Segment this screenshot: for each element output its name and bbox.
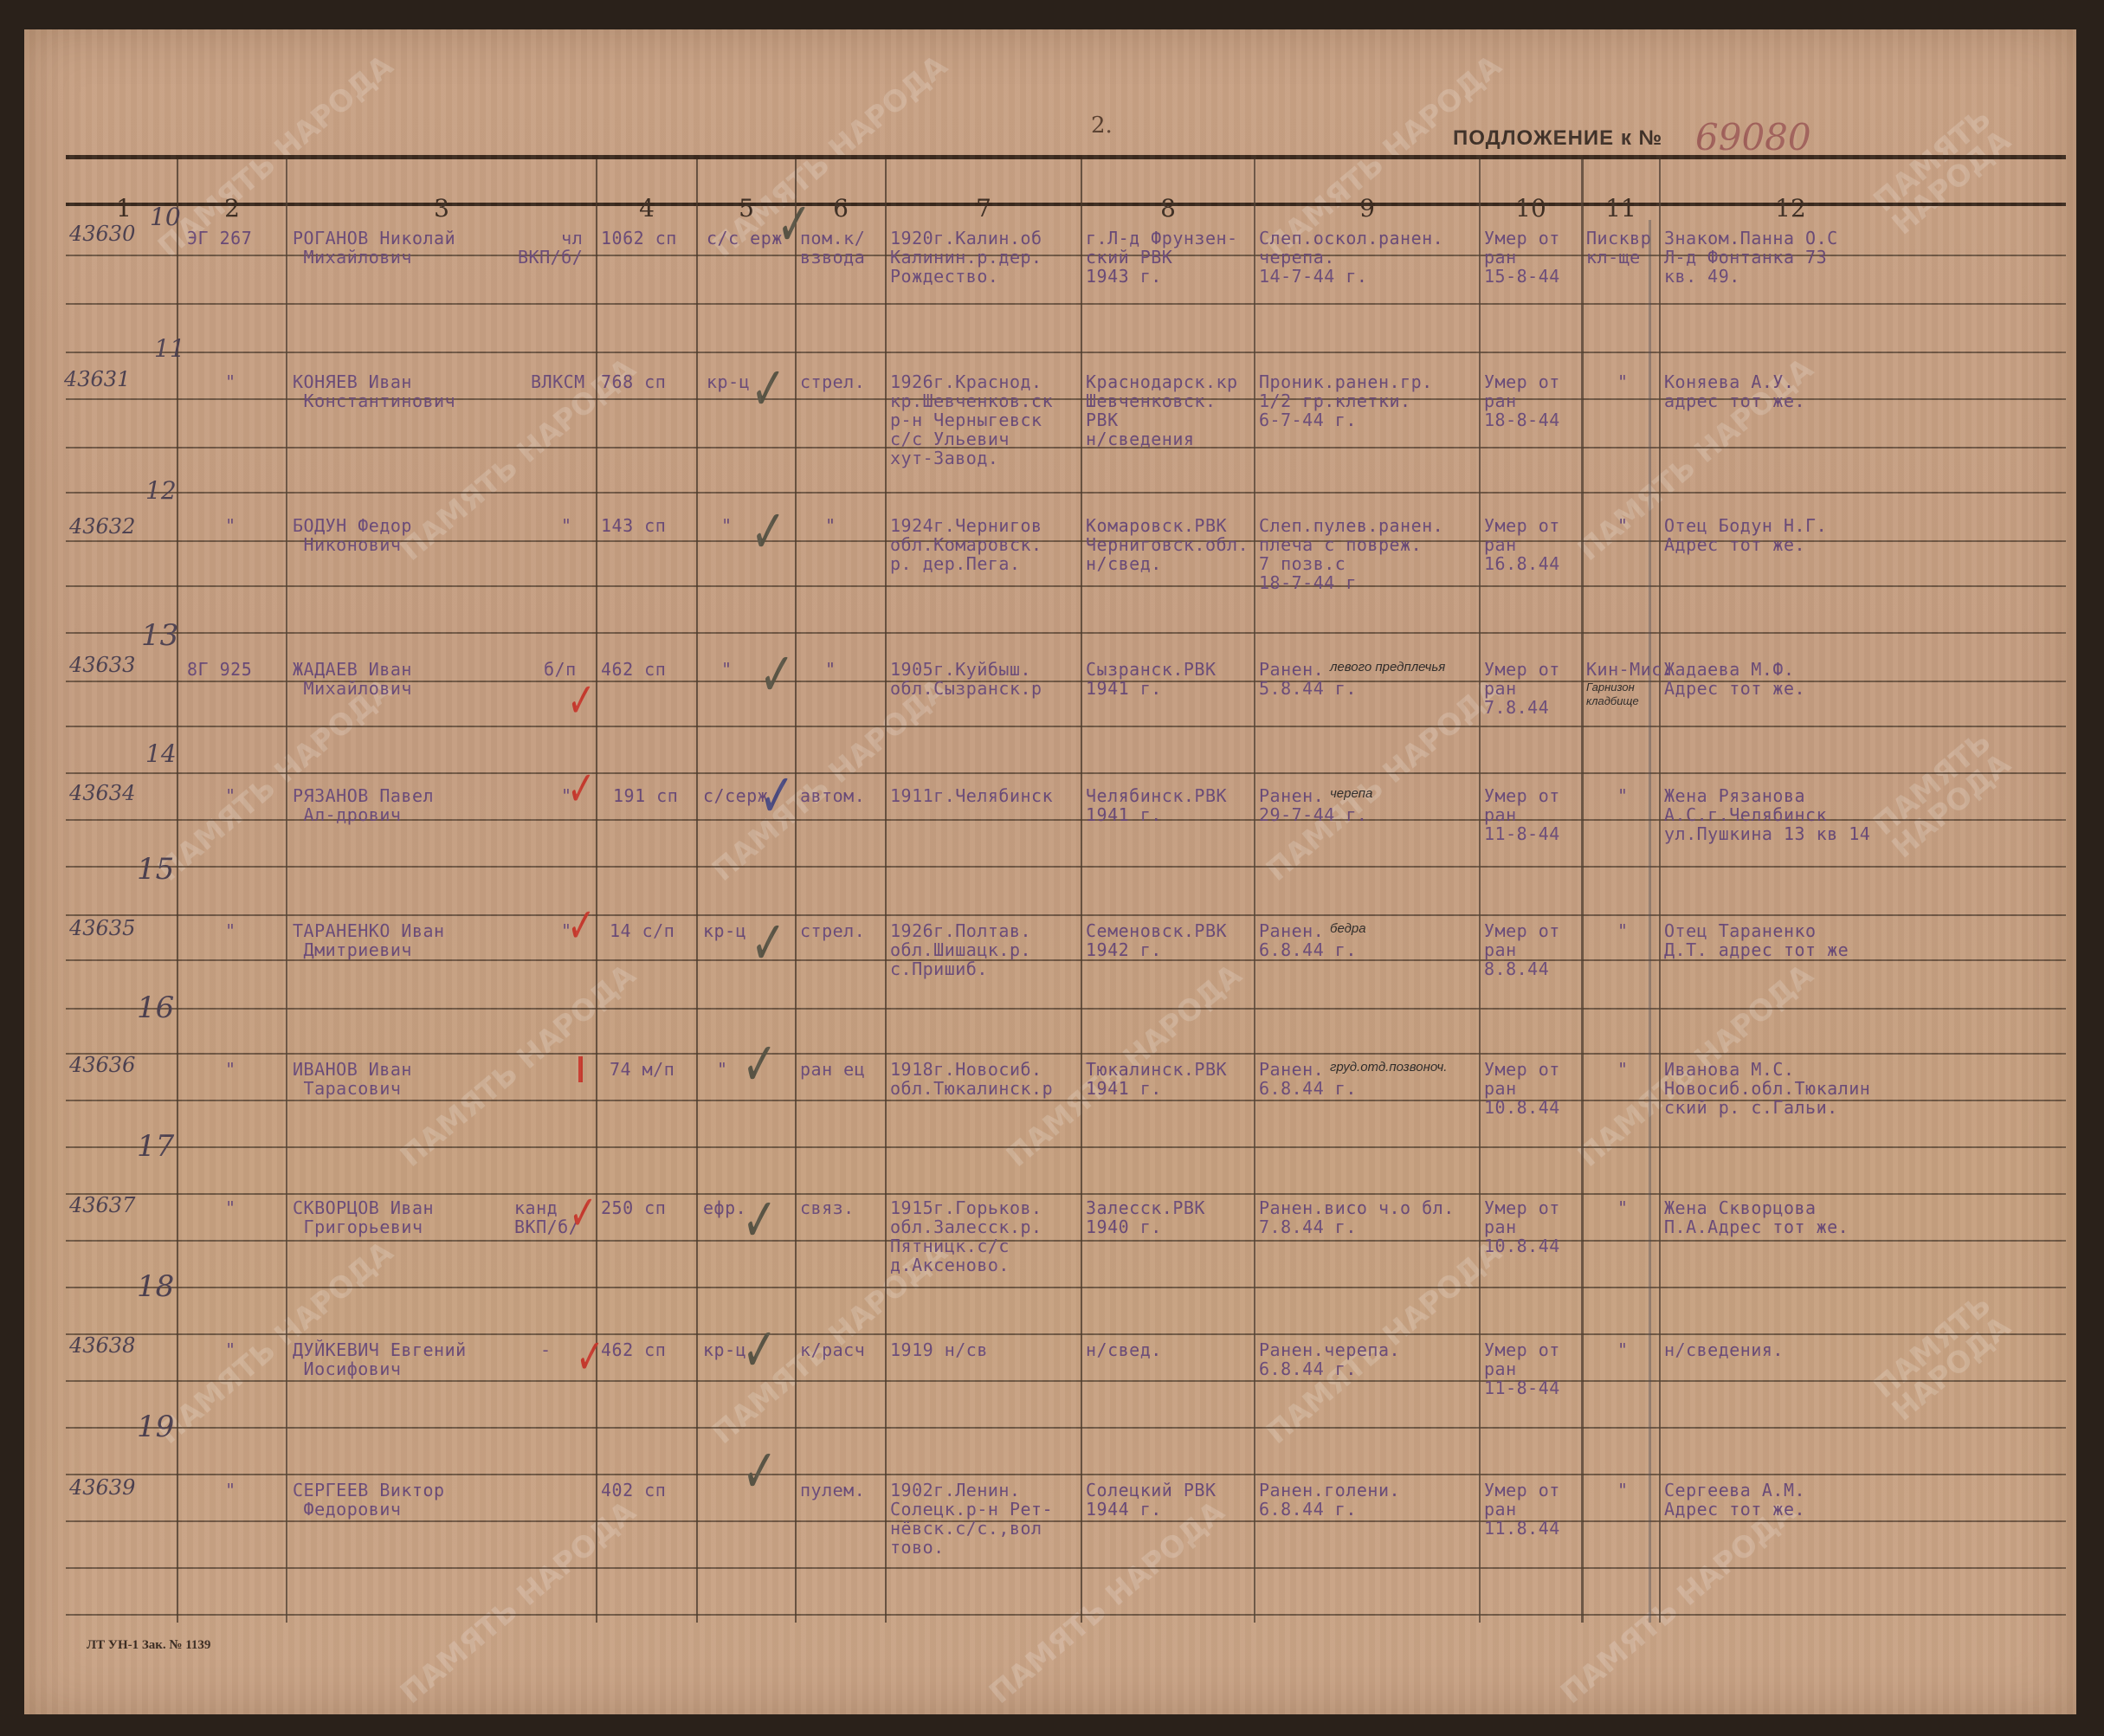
cell-birth: 1911г.Челябинск [890, 786, 1053, 805]
column-divider [1659, 159, 1661, 1623]
checkmark-icon: ✓ [777, 194, 812, 255]
cell-position: автом. [800, 786, 865, 805]
column-divider [885, 159, 887, 1623]
sequence-number: 19 [137, 1410, 174, 1444]
cell-death: Умер от ран 10.8.44 [1484, 1198, 1560, 1255]
column-header: 10 [1481, 194, 1581, 223]
cell-position: " [825, 660, 836, 679]
cell-burial: " [1617, 1060, 1629, 1079]
watermark: ПАМЯТЬ НАРОДА [1820, 1249, 2063, 1466]
cell-draft: Тюкалинск.РВК 1941 г. [1086, 1060, 1227, 1098]
cell-name: РЯЗАНОВ Павел Ал-дрович [293, 786, 434, 824]
cell-draft: Сызранск.РВК 1941 г. [1086, 660, 1217, 698]
cell-burial: " [1617, 1340, 1629, 1359]
cell-wound: Ранен.висо ч.о бл. 7.8.44 г. [1259, 1198, 1455, 1236]
row-line [66, 1333, 2066, 1335]
cell-wound: Ранен.голени. 6.8.44 г. [1259, 1481, 1400, 1519]
red-checkmark-icon: ✓ [567, 677, 596, 726]
column-divider [177, 159, 178, 1623]
cell-name: КОНЯЕВ Иван Константинович [293, 372, 455, 410]
wound-note: бедра [1330, 921, 1366, 936]
watermark: ПАМЯТЬ НАРОДА [396, 1496, 641, 1708]
row-line [66, 772, 2066, 774]
cell-unit: 14 с/п [610, 921, 674, 940]
cell-kin: Отец Тараненко Д.Т. адрес тот же [1664, 921, 1849, 959]
cell-unit: 143 сп [601, 516, 666, 535]
cell-kin: Коняева А.У. адрес тот же. [1664, 372, 1805, 410]
cell-rank: кр-ц [703, 1340, 746, 1359]
checkmark-icon: ✓ [742, 1190, 778, 1250]
wound-note: черепа [1330, 786, 1372, 801]
row-line [66, 866, 2066, 868]
column-divider [696, 159, 698, 1623]
cell-birth: 1926г.Полтав. обл.Шишацк.р. с.Пришиб. [890, 921, 1031, 978]
column-header: 8 [1082, 194, 1254, 223]
sequence-number: 17 [137, 1129, 174, 1164]
cell-burial: " [1617, 372, 1629, 391]
cell-rank: кр-ц [703, 921, 746, 940]
cell-col2: " [225, 786, 236, 805]
record-id: 43636 [69, 1053, 135, 1077]
cell-draft: н/свед. [1086, 1340, 1162, 1359]
checkmark-icon: ✓ [742, 1320, 778, 1380]
archive-document-sheet: 2. ПОДЛОЖЕНИЕ к № 69080 ПАМЯТЬ НАРОДА ПА… [24, 29, 2076, 1714]
cell-wound: Слеп.пулев.ранен. плеча с повреж. 7 позв… [1259, 516, 1443, 592]
record-id: 43631 [64, 367, 130, 391]
cell-name: ДУЙКЕВИЧ Евгений Иосифович [293, 1340, 467, 1378]
row-line [66, 352, 2066, 353]
cell-death: Умер от ран 11-8-44 [1484, 786, 1560, 843]
cell-col2: " [225, 516, 236, 535]
column-divider [1581, 159, 1584, 1623]
cell-birth: 1915г.Горьков. обл.Залесск.р. Пятницк.с/… [890, 1198, 1042, 1275]
appendix-stamp: ПОДЛОЖЕНИЕ к № [1453, 126, 1662, 151]
cell-unit: 402 сп [601, 1481, 666, 1500]
cell-rank: с/с ерж [707, 229, 783, 248]
checkmark-icon: ✓ [751, 913, 786, 973]
record-id: 43630 [69, 222, 135, 246]
row-line [66, 1240, 2066, 1242]
pencil-line [1649, 220, 1651, 1623]
cell-kin: Сергеева А.М. Адрес тот же. [1664, 1481, 1805, 1519]
cell-death: Умер от ран 18-8-44 [1484, 372, 1560, 429]
row-line [66, 1474, 2066, 1475]
cell-kin: н/сведения. [1664, 1340, 1784, 1359]
cell-burial: " [1617, 786, 1629, 805]
column-header: 7 [887, 194, 1081, 223]
cell-party: чл ВКП/б/ [518, 229, 583, 267]
red-checkmark-icon: ✓ [567, 902, 596, 951]
cell-name: БОДУН Федор Никонович [293, 516, 412, 554]
cell-death: Умер от ран 8.8.44 [1484, 921, 1560, 978]
cell-draft: Семеновск.РВК 1942 г. [1086, 921, 1227, 959]
cell-position: связ. [800, 1198, 855, 1217]
page-number: 2. [1091, 113, 1113, 139]
sequence-number: 11 [154, 334, 185, 363]
cell-draft: г.Л-д Фрунзен- ский РВК 1943 г. [1086, 229, 1238, 286]
cell-position: пулем. [800, 1481, 865, 1500]
checkmark-icon: ✓ [742, 1441, 778, 1501]
cell-col2: ЭГ 267 [187, 229, 252, 248]
red-checkmark-icon: ✓ [569, 1190, 597, 1238]
cell-unit: 191 сп [613, 786, 678, 805]
row-line [66, 1427, 2066, 1429]
record-id: 43637 [69, 1193, 135, 1217]
cell-party: " [561, 516, 572, 535]
watermark: ПАМЯТЬ НАРОДА [153, 674, 398, 886]
watermark: ПАМЯТЬ НАРОДА [1262, 674, 1507, 886]
row-line [66, 1520, 2066, 1522]
cell-party: ВЛКСМ [531, 372, 585, 391]
cell-name: ИВАНОВ Иван Тарасович [293, 1060, 412, 1098]
cell-rank: " [721, 516, 733, 535]
row-line [66, 585, 2066, 587]
cell-name: ЖАДАЕВ Иван Михайлович [293, 660, 412, 698]
cell-position: стрел. [800, 372, 865, 391]
cell-burial: " [1617, 1198, 1629, 1217]
wound-note: левого предплечья [1330, 660, 1445, 674]
sequence-number: 13 [141, 618, 178, 653]
checkmark-icon: ✓ [742, 1034, 778, 1094]
column-header: 2 [178, 194, 286, 223]
cell-kin: Знаком.Панна О.С Л-д Фонтанка 73 кв. 49. [1664, 229, 1838, 286]
record-id: 43635 [69, 916, 135, 940]
red-mark-icon [578, 1056, 583, 1082]
cell-unit: 462 сп [601, 1340, 666, 1359]
cell-birth: 1902г.Ленин. Солецк.р-н Рет- нёвск.с/с.,… [890, 1481, 1053, 1557]
cell-party: - [540, 1340, 552, 1359]
cell-unit: 462 сп [601, 660, 666, 679]
red-checkmark-icon: ✓ [567, 765, 596, 814]
cell-col2: " [225, 1340, 236, 1359]
cell-unit: 768 сп [601, 372, 666, 391]
column-header: 4 [597, 194, 696, 223]
record-id: 43634 [69, 781, 135, 805]
cell-unit: 74 м/п [610, 1060, 674, 1079]
cell-rank: " [717, 1060, 728, 1079]
cell-name: СКВОРЦОВ Иван Григорьевич [293, 1198, 434, 1236]
column-divider [1081, 159, 1082, 1623]
checkmark-icon: ✓ [759, 765, 795, 826]
wound-note: груд.отд.позвоноч. [1330, 1060, 1447, 1075]
cell-col2: " [225, 1198, 236, 1217]
cell-death: Умер от ран 10.8.44 [1484, 1060, 1560, 1117]
cell-birth: 1920г.Калин.об Калинин.р.дер. Рождество. [890, 229, 1042, 286]
cell-draft: Челябинск.РВК 1941 г. [1086, 786, 1227, 824]
cell-birth: 1905г.Куйбыш. обл.Сызранск.р [890, 660, 1042, 698]
sequence-number: 14 [145, 739, 177, 768]
record-id: 43638 [69, 1333, 135, 1358]
checkmark-icon: ✓ [751, 358, 786, 419]
burial-note: Гарнизон кладбище [1586, 681, 1639, 708]
record-id: 43639 [69, 1475, 135, 1500]
record-id: 43633 [69, 653, 135, 677]
sequence-number: 18 [137, 1269, 174, 1304]
cell-position: ран ец [800, 1060, 865, 1079]
cell-col2: " [225, 372, 236, 391]
cell-birth: 1918г.Новосиб. обл.Тюкалинск.р [890, 1060, 1053, 1098]
column-header: 3 [287, 194, 596, 223]
cell-burial: Писквр кл-ще [1586, 229, 1651, 267]
record-id: 43632 [69, 514, 135, 539]
row-line [66, 632, 2066, 634]
header-top-rule [66, 155, 2066, 159]
red-checkmark-icon: ✓ [576, 1333, 604, 1382]
row-line [66, 1008, 2066, 1010]
cell-burial: " [1617, 1481, 1629, 1500]
cell-death: Умер от ран 7.8.44 [1484, 660, 1560, 717]
sequence-number: 10 [150, 203, 181, 231]
cell-draft: Комаровск.РВК Черниговск.обл. н/свед. [1086, 516, 1249, 573]
cell-birth: 1924г.Чернигов обл.Комаровск. р. дер.Пег… [890, 516, 1042, 573]
cell-kin: Жадаева М.Ф. Адрес тот же. [1664, 660, 1805, 698]
row-line [66, 1287, 2066, 1288]
cell-rank: кр-ц [707, 372, 750, 391]
cell-col2: " [225, 1481, 236, 1500]
column-divider [596, 159, 597, 1623]
cell-unit: 1062 сп [601, 229, 677, 248]
row-line [66, 1193, 2066, 1195]
column-divider [286, 159, 287, 1623]
checkmark-icon: ✓ [759, 644, 795, 705]
cell-death: Умер от ран 16.8.44 [1484, 516, 1560, 573]
cell-draft: Залесск.РВК 1940 г. [1086, 1198, 1205, 1236]
row-line [66, 1053, 2066, 1055]
cell-burial: Кин-Мис. [1586, 660, 1673, 679]
watermark: ПАМЯТЬ НАРОДА [707, 674, 952, 886]
cell-death: Умер от ран 15-8-44 [1484, 229, 1560, 286]
cell-wound: Проник.ранен.гр. 1/2 гр.клетки. 6-7-44 г… [1259, 372, 1433, 429]
row-line [66, 1146, 2066, 1148]
cell-rank: ефр. [703, 1198, 746, 1217]
cell-col2: 8Г 925 [187, 660, 252, 679]
cell-position: " [825, 516, 836, 535]
cell-death: Умер от ран 11-8-44 [1484, 1340, 1560, 1397]
row-line [66, 726, 2066, 727]
row-line [66, 1614, 2066, 1616]
cell-col2: " [225, 921, 236, 940]
cell-position: стрел. [800, 921, 865, 940]
cell-name: ТАРАНЕНКО Иван Дмитриевич [293, 921, 445, 959]
cell-kin: Жена Рязанова А.С.г.Челябинск ул.Пушкина… [1664, 786, 1870, 843]
row-line [66, 1567, 2066, 1569]
row-line [66, 492, 2066, 494]
watermark: ПАМЯТЬ НАРОДА [1820, 62, 2063, 280]
column-divider [795, 159, 797, 1623]
watermark: ПАМЯТЬ НАРОДА [1556, 1496, 1801, 1708]
column-header: 12 [1661, 194, 1920, 223]
checkmark-icon: ✓ [751, 501, 786, 562]
cell-death: Умер от ран 11.8.44 [1484, 1481, 1560, 1538]
cell-wound: Ранен.черепа. 6.8.44 г. [1259, 1340, 1400, 1378]
column-divider [1479, 159, 1481, 1623]
cell-birth: 1926г.Краснод. кр.Шевченков.ск р-н Черны… [890, 372, 1053, 468]
column-header: 11 [1583, 194, 1659, 223]
cell-burial: " [1617, 516, 1629, 535]
cell-kin: Иванова М.С. Новосиб.обл.Тюкалин ский р.… [1664, 1060, 1870, 1117]
row-line [66, 914, 2066, 916]
sequence-number: 12 [145, 476, 177, 505]
cell-wound: Слеп.оскол.ранен. черепа. 14-7-44 г. [1259, 229, 1443, 286]
cell-draft: Краснодарск.кр Шевченковск. РВК н/сведен… [1086, 372, 1238, 449]
cell-draft: Солецкий РВК 1944 г. [1086, 1481, 1217, 1519]
sequence-number: 16 [137, 991, 174, 1025]
column-divider [1254, 159, 1255, 1623]
watermark: ПАМЯТЬ НАРОДА [396, 959, 641, 1171]
cell-name: РОГАНОВ Николай Михайлович [293, 229, 455, 267]
row-line [66, 303, 2066, 305]
sequence-number: 15 [137, 852, 174, 887]
form-code: ЛТ УН-1 Зак. № 1139 [87, 1638, 210, 1653]
appendix-number: 69080 [1695, 116, 1811, 158]
row-line [66, 447, 2066, 449]
cell-name: СЕРГЕЕВ Виктор Федорович [293, 1481, 445, 1519]
row-line [66, 1380, 2066, 1382]
cell-unit: 250 сп [601, 1198, 666, 1217]
cell-burial: " [1617, 921, 1629, 940]
cell-col2: " [225, 1060, 236, 1079]
cell-kin: Жена Скворцова П.А.Адрес тот же. [1664, 1198, 1849, 1236]
cell-kin: Отец Бодун Н.Г. Адрес тот же. [1664, 516, 1827, 554]
column-header: 9 [1255, 194, 1479, 223]
cell-position: к/расч [800, 1340, 865, 1359]
cell-birth: 1919 н/св [890, 1340, 988, 1359]
cell-rank: " [721, 660, 733, 679]
